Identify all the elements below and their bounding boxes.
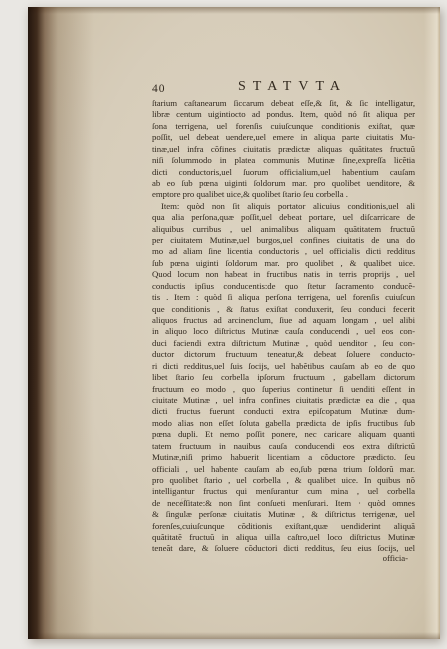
text-line: mo ad aliam ſine licentia conductoris , … xyxy=(152,246,415,257)
text-line: Item: quòd non ſit aliquis portator alic… xyxy=(152,201,415,212)
text-line: ciuitate Mutinæ , uel infra confines ciu… xyxy=(152,395,415,406)
text-line: tatem fructuum in nauibus cauſa conducen… xyxy=(152,441,415,452)
catchword: officia- xyxy=(152,553,415,564)
text-line: libet ſtario ſeu corbella ipſorum fructu… xyxy=(152,372,415,383)
text-line: Mutinæ,niſi primo habuerit licentiam a c… xyxy=(152,452,415,463)
text-line: ri dicti redditus,uel ſuis ſocijs, uel h… xyxy=(152,361,415,372)
text-line: ſub pœna uiginti ſoldorum mar. pro quoli… xyxy=(152,258,415,269)
text-line: pœna dupli. Et nemo poſſit ponere, nec c… xyxy=(152,429,415,440)
text-line: ſtarium caſtanearum ſiccarum debeat eſſe… xyxy=(152,98,415,109)
text-line: ductor dictorum fructuum teneatur,& debe… xyxy=(152,349,415,360)
text-line: emptore pro qualibet uice,& quolibet ſta… xyxy=(152,189,415,200)
text-line: conductis ipſius conducentis:de quo ſtet… xyxy=(152,281,415,292)
text-line: dicti fructus fuerunt conducti extra epi… xyxy=(152,406,415,417)
text-line: que conditionis , & ſtatus exiſtat condu… xyxy=(152,304,415,315)
text-line: per ciuitatem Mutinæ,uel burgos,uel conf… xyxy=(152,235,415,246)
text-line: & ſingulæ perſonæ ciuitatis Mutinæ , & d… xyxy=(152,509,415,520)
text-line: officiali , uel habente cauſam ab eo,ſub… xyxy=(152,464,415,475)
text-line: modo alias non eſſet ſoluta gabella præd… xyxy=(152,418,415,429)
text-line: dicti conductoris,uel ſuorum officialium… xyxy=(152,167,415,178)
bleedthrough-mark: B xyxy=(180,497,187,508)
text-line: fructuum eo modo , quo ſuperius continet… xyxy=(152,384,415,395)
book-page: 40 STATVTA ſtarium caſtanearum ſiccarum … xyxy=(28,7,440,639)
text-line: Quod locum non habeat in fructibus natis… xyxy=(152,269,415,280)
text-line: poſſit, uel debeat uendere,uel emere in … xyxy=(152,132,415,143)
text-line: duci faciendi extra diſtrictum Mutinæ , … xyxy=(152,338,415,349)
text-line: aliquos fructus ad arcinenclum, ſiue ad … xyxy=(152,315,415,326)
text-line: aliquibus curribus , uel animalibus aliq… xyxy=(152,224,415,235)
text-line: libræ centum uigintiocto ad pondus. Item… xyxy=(152,109,415,120)
page-header: 40 STATVTA xyxy=(152,79,415,97)
text-line: niſi ſolummodo in platea communis Mutinæ… xyxy=(152,155,415,166)
text-line: in aliquo loco diſtrictus Mutinæ cauſa c… xyxy=(152,326,415,337)
text-line: pro quolibet ſtario , uel corbella , & q… xyxy=(152,475,415,486)
catchword-row: officia- xyxy=(152,553,415,564)
text-line: quãtitatẽ fructuũ in aliqua uilla caſtro… xyxy=(152,532,415,543)
text-line: qua alia perſona,quæ poſſit,uel debeat p… xyxy=(152,212,415,223)
text-line: de neceſſitate:& non ſint conſueti menſu… xyxy=(152,498,415,509)
text-line: tinæ,uel infra cõfines ciuitatis prædict… xyxy=(152,144,415,155)
book-scan: 40 STATVTA ſtarium caſtanearum ſiccarum … xyxy=(0,0,447,649)
text-block: ſtarium caſtanearum ſiccarum debeat eſſe… xyxy=(152,98,415,555)
text-line: intelligantur fructus qui menſurantur cu… xyxy=(152,486,415,497)
text-line: ſona terrigena, uel forenſis cuiuſcunque… xyxy=(152,121,415,132)
page-number: 40 xyxy=(152,83,166,95)
text-line: forenſes,cuiuſcunque cõditionis exiſtant… xyxy=(152,521,415,532)
text-line: tis . Item : quòd ſi aliqua perſona terr… xyxy=(152,292,415,303)
text-line: ab eo ſub pœna uiginti ſoldorum mar. pro… xyxy=(152,178,415,189)
running-title: STATVTA xyxy=(170,79,415,95)
